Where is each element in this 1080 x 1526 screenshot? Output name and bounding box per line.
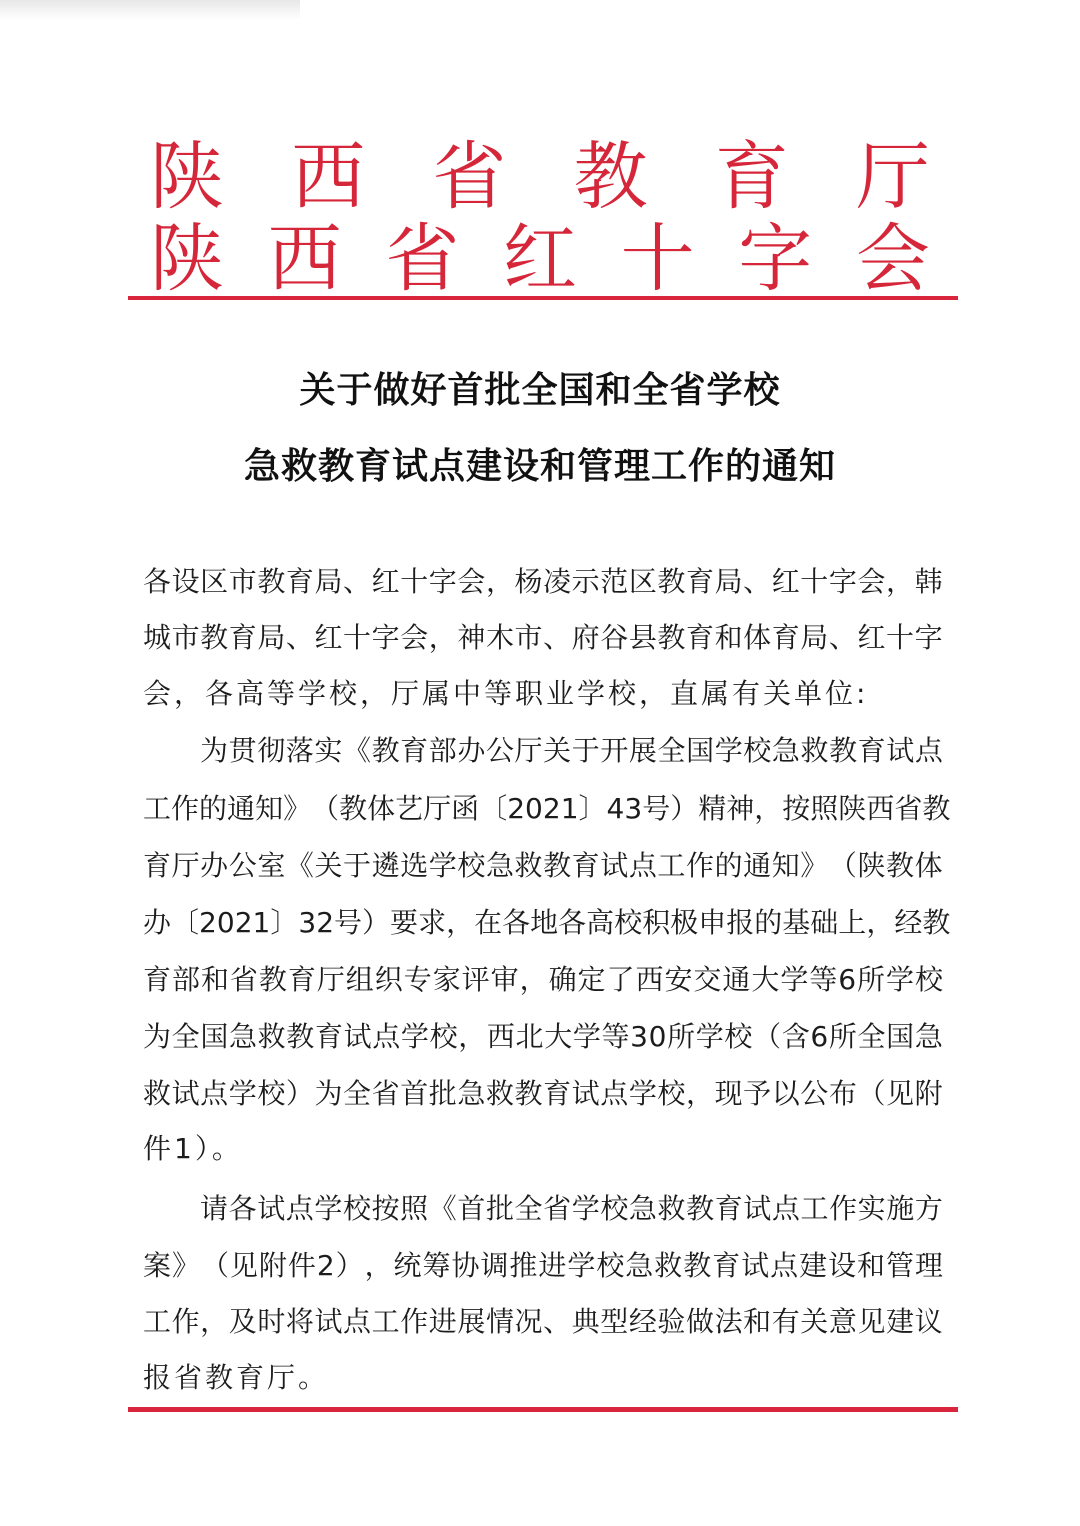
footer-divider — [128, 1407, 958, 1412]
body-line: 育部和省教育厅组织专家评审，确定了西安交通大学等6所学校 — [143, 966, 943, 994]
body-line: 请各试点学校按照《首批全省学校急救教育试点工作实施方 — [200, 1195, 943, 1223]
body-line: 救试点学校）为全省首批急救教育试点学校，现予以公布（见附 — [143, 1080, 943, 1108]
body-line: 件1）。 — [143, 1135, 943, 1163]
body-line: 办〔2021〕32号）要求，在各地各高校积极申报的基础上，经教 — [143, 909, 943, 937]
letterhead-char: 字 — [738, 222, 812, 296]
letterhead-education-department: 陕 西 省 教 育 厅 — [150, 140, 930, 214]
letterhead-char: 西 — [291, 140, 365, 214]
body-line: 会，各高等学校，厅属中等职业学校，直属有关单位: — [143, 680, 943, 708]
body-line: 各设区市教育局、红十字会，杨凌示范区教育局、红十字会，韩 — [143, 568, 943, 596]
scan-shadow — [0, 0, 300, 20]
body-line: 育厅办公室《关于遴选学校急救教育试点工作的通知》（陕教体 — [143, 852, 943, 880]
letterhead-char: 红 — [503, 222, 577, 296]
document-title-line-1: 关于做好首批全国和全省学校 — [0, 362, 1080, 413]
letterhead-divider — [128, 296, 958, 300]
letterhead-char: 育 — [715, 140, 789, 214]
letterhead-char: 省 — [385, 222, 459, 296]
letterhead-char: 会 — [856, 222, 930, 296]
letterhead-red-cross: 陕 西 省 红 十 字 会 — [150, 222, 930, 296]
body-line: 城市教育局、红十字会，神木市、府谷县教育和体育局、红十字 — [143, 624, 943, 652]
letterhead-char: 十 — [621, 222, 695, 296]
letterhead-char: 省 — [432, 140, 506, 214]
letterhead-char: 陕 — [150, 222, 224, 296]
body-line: 报省教育厅。 — [143, 1364, 943, 1392]
body-line: 为贯彻落实《教育部办公厅关于开展全国学校急救教育试点 — [200, 737, 943, 765]
letterhead-char: 厅 — [856, 140, 930, 214]
letterhead-char: 教 — [574, 140, 648, 214]
body-line: 为全国急救教育试点学校，西北大学等30所学校（含6所全国急 — [143, 1023, 943, 1051]
body-line: 工作，及时将试点工作进展情况、典型经验做法和有关意见建议 — [143, 1308, 943, 1336]
document-title-line-2: 急救教育试点建设和管理工作的通知 — [0, 438, 1080, 489]
body-line: 案》（见附件2），统筹协调推进学校急救教育试点建设和管理 — [143, 1252, 943, 1280]
body-line: 工作的通知》（教体艺厅函〔2021〕43号）精神，按照陕西省教 — [143, 795, 943, 823]
letterhead-char: 陕 — [150, 140, 224, 214]
letterhead-char: 西 — [268, 222, 342, 296]
